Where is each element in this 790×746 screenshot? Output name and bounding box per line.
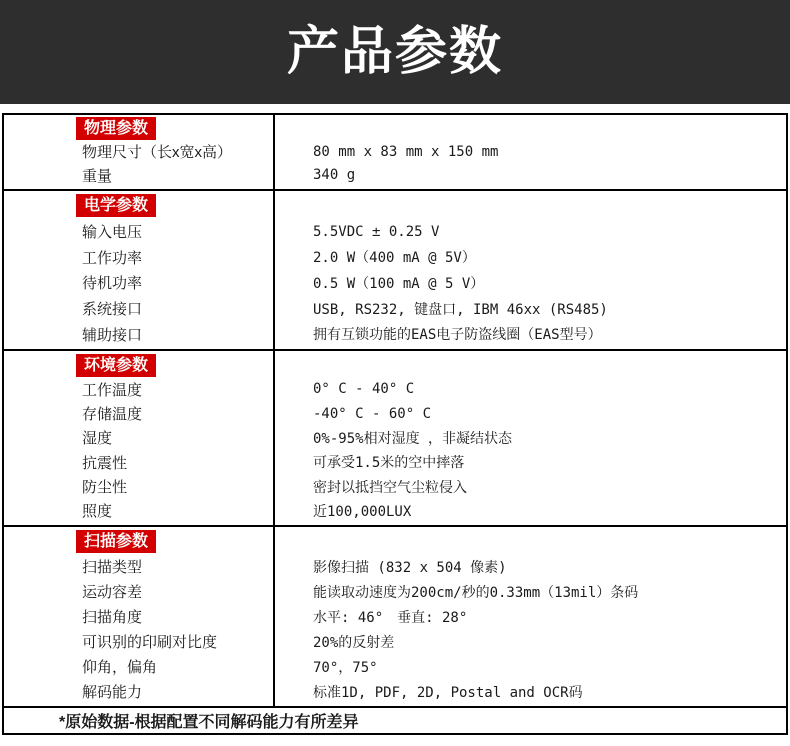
section-physical-labels: 物理参数 物理尺寸（长x宽x高） 重量 [4,115,275,189]
spec-row-value: 80 mm x 83 mm x 150 mm [275,140,786,163]
badge-row: 扫描参数 [4,529,273,554]
badge-spacer [275,529,786,554]
spec-row-value: 能读取动速度为200cm/秒的0.33mm（13mil）条码 [275,579,786,604]
spec-row-label: 工作功率 [4,244,273,270]
section-badge: 物理参数 [76,117,156,140]
spec-row-value: 0%-95%相对湿度 ，非凝结状态 [275,426,786,450]
spec-row-value: 5.5VDC ± 0.25 V [275,219,786,245]
spec-row-label: 重量 [4,164,273,187]
spec-row-value: 水平: 46° 垂直: 28° [275,604,786,629]
spec-row-label: 输入电压 [4,219,273,245]
spec-row-label: 扫描角度 [4,604,273,629]
badge-row: 电学参数 [4,193,273,219]
spec-row-value: USB, RS232, 键盘口, IBM 46xx (RS485) [275,296,786,322]
section-environment: 环境参数 工作温度 存储温度 湿度 抗震性 防尘性 照度 [4,349,786,525]
badge-spacer [275,193,786,219]
section-environment-values: 0° C - 40° C -40° C - 60° C 0%-95%相对湿度 ，… [275,351,786,525]
spec-row-value: 20%的反射差 [275,629,786,654]
spec-row-label: 解码能力 [4,679,273,704]
spec-row-label: 系统接口 [4,296,273,322]
spec-row-value: 密封以抵挡空气尘粒侵入 [275,474,786,498]
spec-row-label: 存储温度 [4,402,273,426]
spec-row-label: 防尘性 [4,474,273,498]
section-badge: 电学参数 [76,194,156,217]
section-electrical-labels: 电学参数 输入电压 工作功率 待机功率 系统接口 辅助接口 [4,191,275,349]
spec-row-value: -40° C - 60° C [275,402,786,426]
section-electrical: 电学参数 输入电压 工作功率 待机功率 系统接口 辅助接口 5.5VDC ± 0… [4,189,786,349]
page-title: 产品参数 [287,26,503,78]
badge-row: 环境参数 [4,353,273,377]
spec-row-value: 标准1D, PDF, 2D, Postal and OCR码 [275,679,786,704]
page-header: 产品参数 [0,0,790,104]
spec-row-value: 影像扫描 (832 x 504 像素) [275,554,786,579]
spec-row-label: 仰角，偏角 [4,654,273,679]
badge-row: 物理参数 [4,117,273,140]
spec-row-value: 2.0 W（400 mA @ 5V） [275,244,786,270]
section-scanning-labels: 扫描参数 扫描类型 运动容差 扫描角度 可识别的印刷对比度 仰角，偏角 解码能力 [4,527,275,706]
badge-spacer [275,353,786,377]
footer-note: *原始数据-根据配置不同解码能力有所差异 [4,709,359,732]
spec-row-label: 待机功率 [4,270,273,296]
spec-table: 物理参数 物理尺寸（长x宽x高） 重量 80 mm x 83 mm x 150 … [2,113,788,735]
spec-row-value: 0° C - 40° C [275,377,786,401]
spec-row-label: 抗震性 [4,450,273,474]
section-scanning: 扫描参数 扫描类型 运动容差 扫描角度 可识别的印刷对比度 仰角，偏角 解码能力 [4,525,786,706]
spec-row-value: 可承受1.5米的空中摔落 [275,450,786,474]
section-physical-values: 80 mm x 83 mm x 150 mm 340 g [275,115,786,189]
spec-row-label: 物理尺寸（长x宽x高） [4,140,273,163]
section-badge: 扫描参数 [76,530,156,553]
spec-row-label: 照度 [4,499,273,523]
spec-row-value: 拥有互锁功能的EAS电子防盗线圈（EAS型号） [275,321,786,347]
footer-note-row: *原始数据-根据配置不同解码能力有所差异 [4,706,786,733]
spec-row-value: 近100,000LUX [275,499,786,523]
badge-spacer [275,117,786,140]
spec-row-label: 运动容差 [4,579,273,604]
section-electrical-values: 5.5VDC ± 0.25 V 2.0 W（400 mA @ 5V） 0.5 W… [275,191,786,349]
spec-row-value: 340 g [275,164,786,187]
spec-row-label: 可识别的印刷对比度 [4,629,273,654]
spec-row-label: 扫描类型 [4,554,273,579]
spec-row-label: 工作温度 [4,377,273,401]
section-environment-labels: 环境参数 工作温度 存储温度 湿度 抗震性 防尘性 照度 [4,351,275,525]
section-scanning-values: 影像扫描 (832 x 504 像素) 能读取动速度为200cm/秒的0.33m… [275,527,786,706]
spec-row-value: 70°，75° [275,654,786,679]
spec-row-label: 辅助接口 [4,321,273,347]
section-physical: 物理参数 物理尺寸（长x宽x高） 重量 80 mm x 83 mm x 150 … [4,115,786,189]
spec-row-value: 0.5 W（100 mA @ 5 V） [275,270,786,296]
spec-row-label: 湿度 [4,426,273,450]
section-badge: 环境参数 [76,354,156,377]
